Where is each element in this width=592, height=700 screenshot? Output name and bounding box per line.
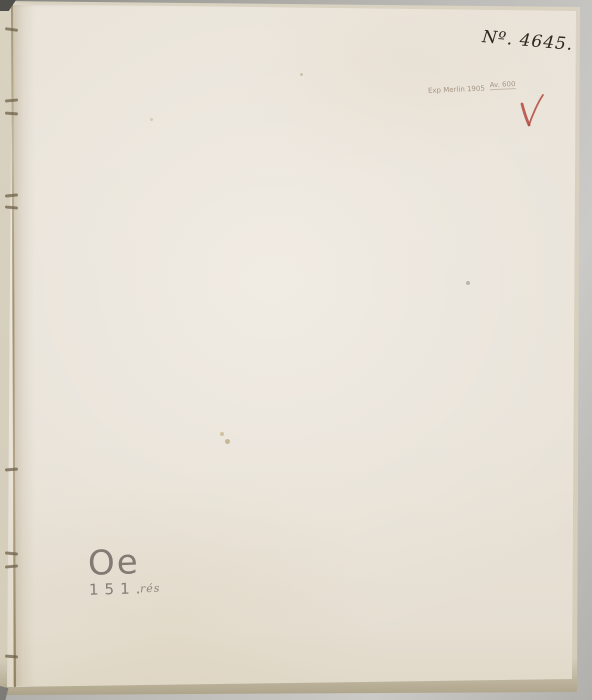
binding-gutter-shadow bbox=[13, 5, 35, 686]
scanned-page-view: Nº. 4645. Exp Merlin 1905Av. 600 Oe 151.… bbox=[0, 0, 592, 700]
shelfmark-suffix: rés bbox=[140, 582, 161, 596]
foxing-spot bbox=[220, 432, 224, 436]
foxing-spot bbox=[225, 439, 230, 444]
shelfmark-prefix: Oe bbox=[87, 542, 140, 584]
pencil-note-suffix: Av. 600 bbox=[490, 80, 516, 90]
foxing-spot bbox=[466, 281, 470, 285]
foxing-spot bbox=[150, 118, 153, 121]
red-check-mark-icon bbox=[518, 92, 546, 130]
shelfmark-number: 151. bbox=[89, 579, 147, 598]
foxing-spot bbox=[300, 73, 303, 76]
